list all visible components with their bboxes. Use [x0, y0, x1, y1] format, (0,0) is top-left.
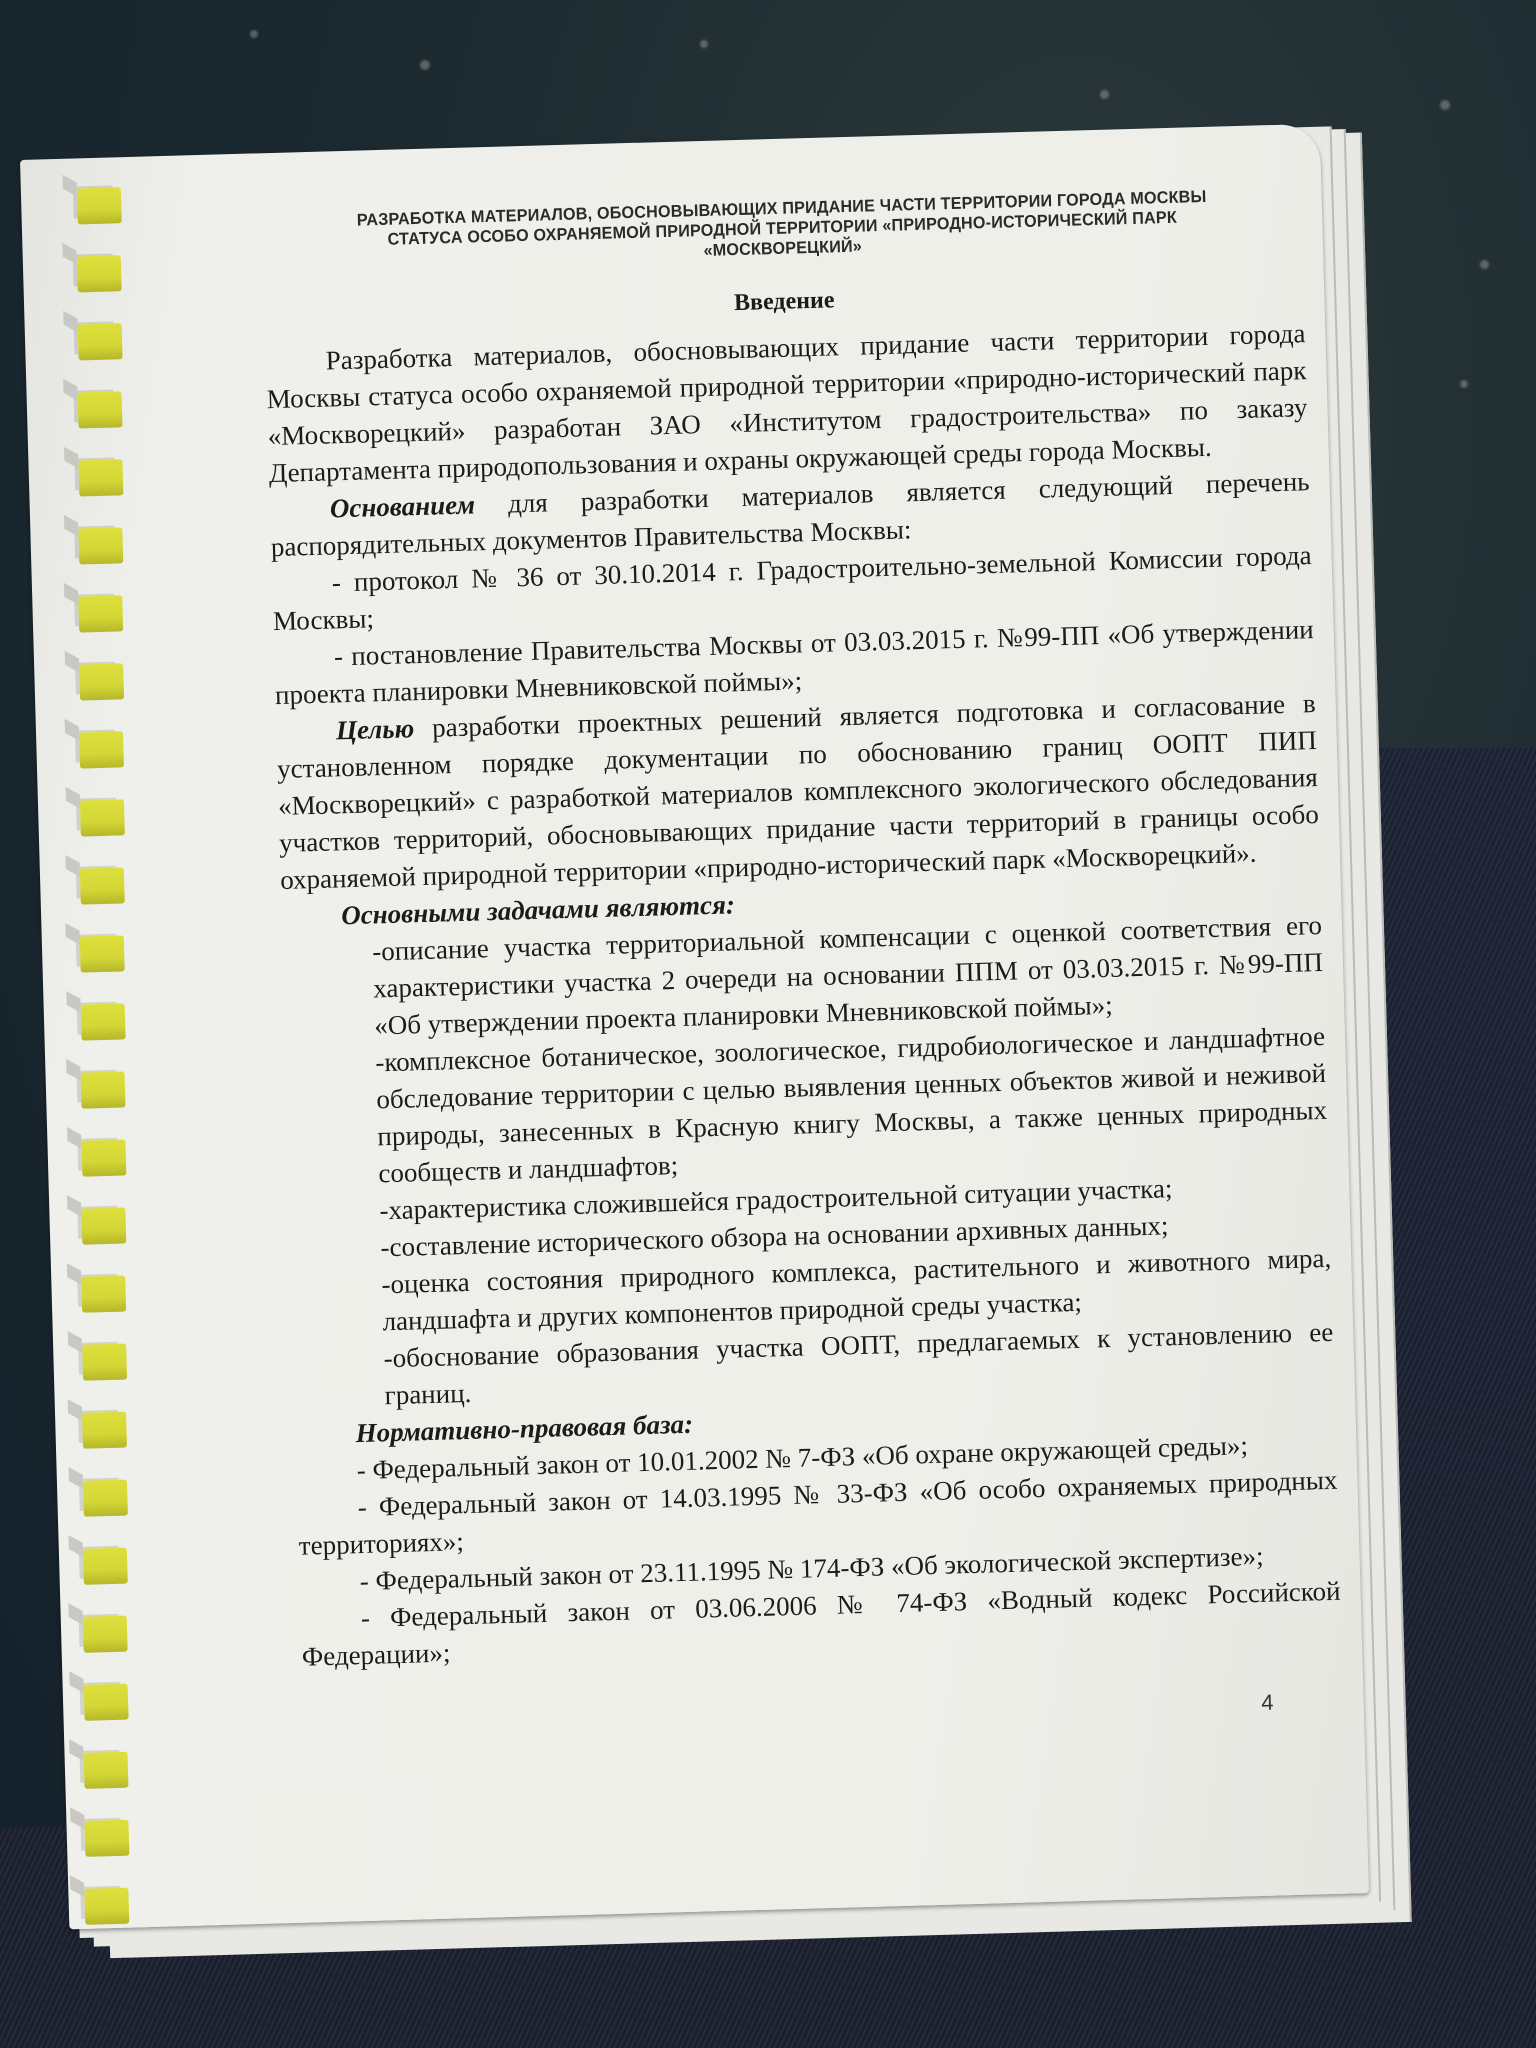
goal-paragraph: Целью разработки проектных решений являе…	[276, 685, 1321, 899]
page-number: 4	[1261, 1690, 1274, 1716]
document-page: РАЗРАБОТКА МАТЕРИАЛОВ, ОБОСНОВЫВАЮЩИХ ПР…	[20, 124, 1369, 1930]
binding-ring	[77, 187, 122, 224]
binding-ring	[80, 867, 125, 904]
binding-ring	[82, 1412, 127, 1449]
background-speckle	[700, 40, 708, 48]
goal-lead: Целью	[336, 713, 415, 745]
binding-ring	[78, 527, 123, 564]
binding-ring	[83, 1480, 128, 1517]
binding-ring	[78, 391, 123, 428]
background-speckle	[1480, 260, 1489, 269]
basis-lead: Основанием	[329, 489, 475, 523]
intro-paragraph: Разработка материалов, обосновывающих пр…	[265, 315, 1309, 492]
binding-ring	[80, 1003, 125, 1040]
binding-ring	[84, 1820, 129, 1857]
binding-ring	[78, 459, 123, 496]
document-stack: РАЗРАБОТКА МАТЕРИАЛОВ, ОБОСНОВЫВАЮЩИХ ПР…	[20, 122, 1430, 1959]
goal-text: разработки проектных решений является по…	[277, 688, 1319, 895]
page-content: РАЗРАБОТКА МАТЕРИАЛОВ, ОБОСНОВЫВАЮЩИХ ПР…	[262, 184, 1342, 1675]
binding-ring	[77, 255, 122, 292]
binding-ring	[79, 663, 124, 700]
background-speckle	[1100, 90, 1109, 99]
binding-ring	[79, 731, 124, 768]
binding-ring	[83, 1548, 128, 1585]
binding-ring	[81, 1207, 126, 1244]
binding-ring	[77, 323, 122, 360]
binding-ring	[84, 1888, 129, 1925]
binding-ring	[83, 1684, 128, 1721]
background-speckle	[420, 60, 430, 70]
running-header: РАЗРАБОТКА МАТЕРИАЛОВ, ОБОСНОВЫВАЮЩИХ ПР…	[288, 185, 1277, 273]
binding-ring	[83, 1616, 128, 1653]
binding-ring	[80, 799, 125, 836]
binding-ring	[82, 1275, 127, 1312]
binding-ring	[81, 1139, 126, 1176]
binding-ring	[81, 1071, 126, 1108]
background-speckle	[250, 30, 258, 38]
binding-ring	[82, 1344, 127, 1381]
background-speckle	[1440, 100, 1450, 110]
binding-ring	[80, 935, 125, 972]
background-speckle	[1460, 380, 1468, 388]
task-item: -комплексное ботаническое, зоологическое…	[285, 1018, 1329, 1195]
binding-ring	[84, 1752, 129, 1789]
binding-ring	[79, 595, 124, 632]
